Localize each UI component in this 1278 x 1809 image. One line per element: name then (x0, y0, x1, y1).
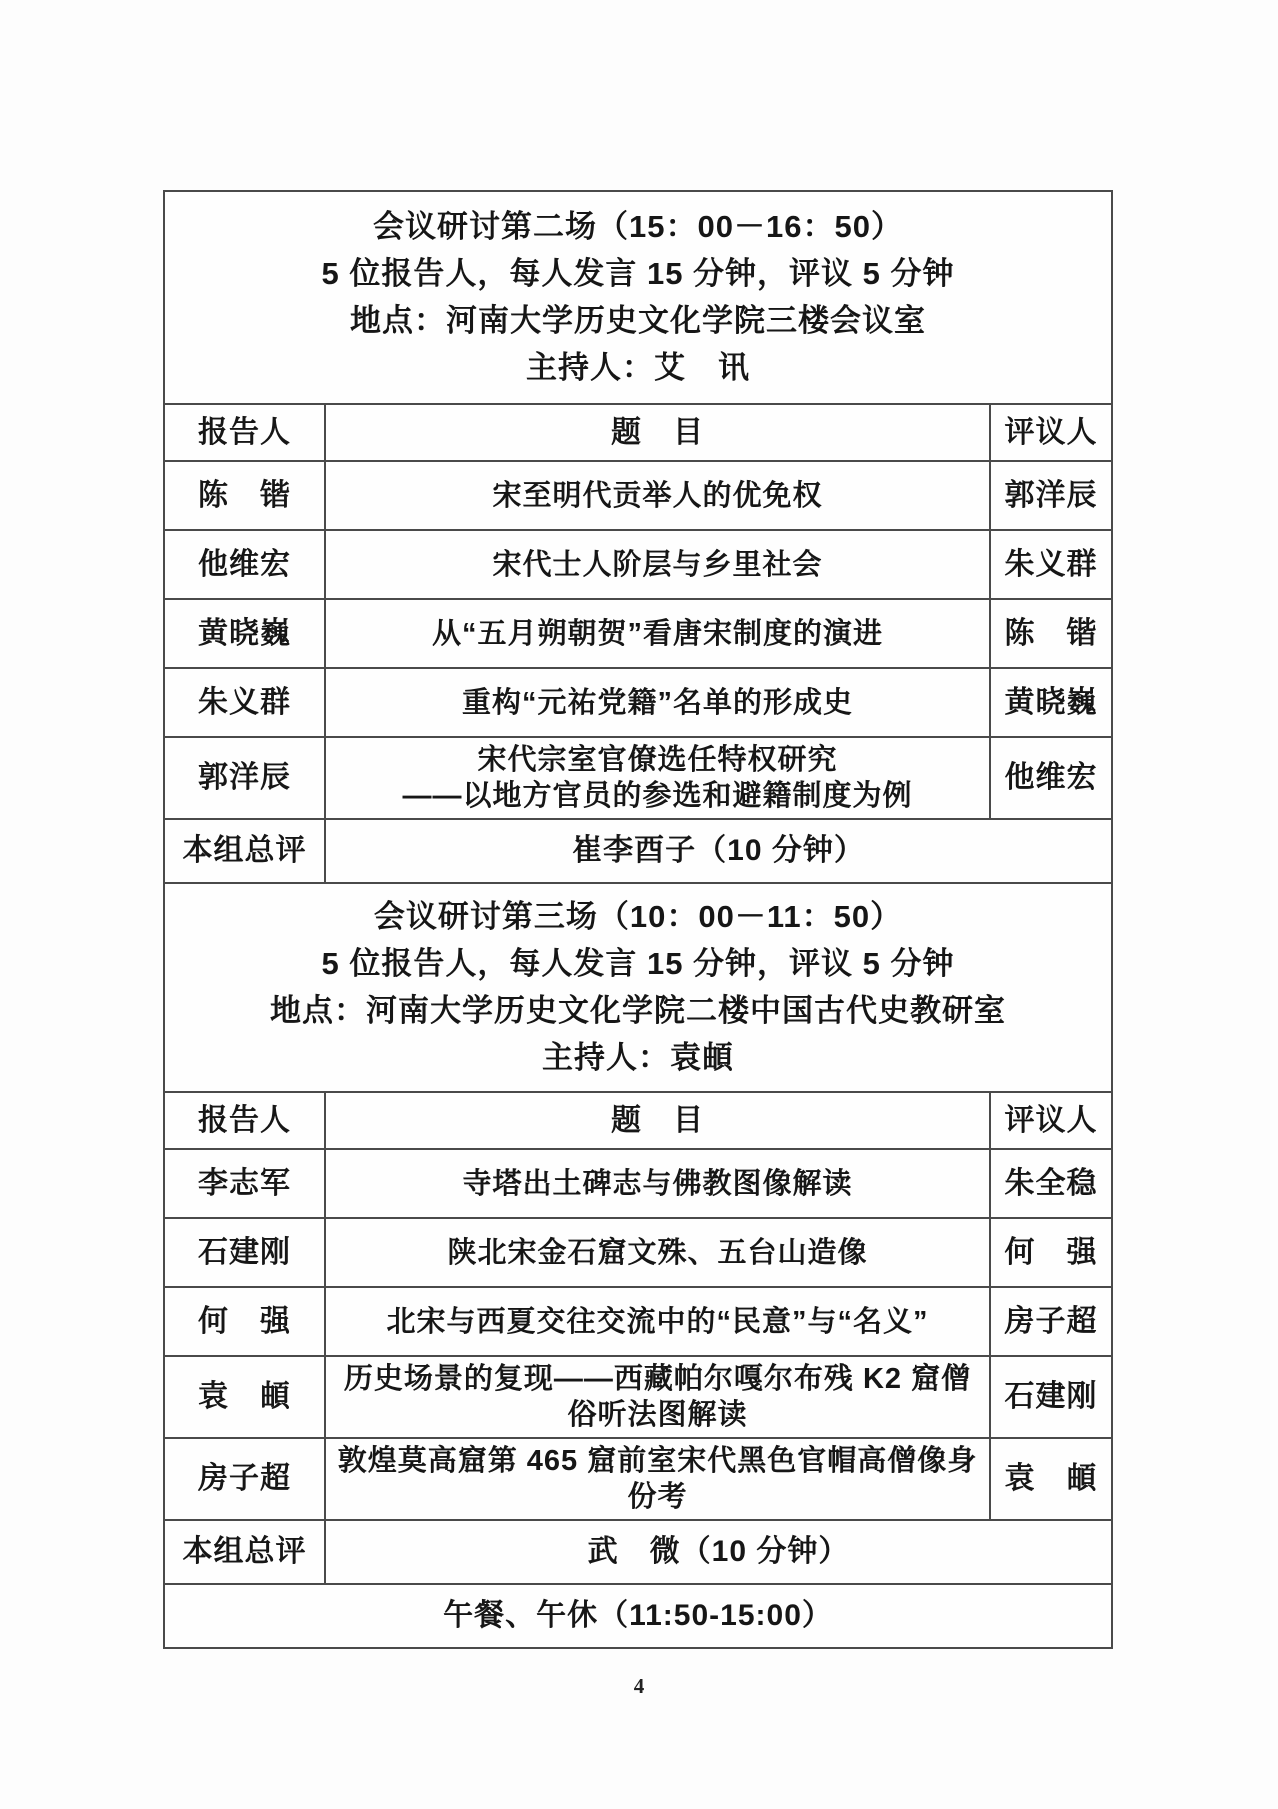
title-cell: 宋至明代贡举人的优免权 (324, 462, 989, 529)
title-cell: 宋代士人阶层与乡里社会 (324, 531, 989, 598)
discussant-cell: 袁 頔 (989, 1439, 1111, 1519)
session-2-header-block: 会议研讨第二场（15：00－16：50） 5 位报告人，每人发言 15 分钟，评… (165, 192, 1111, 403)
summary-row: 本组总评 崔李酉子（10 分钟） (165, 818, 1111, 882)
title-cell: 北宋与西夏交往交流中的“民意”与“名义” (324, 1288, 989, 1355)
title-cell: 陕北宋金石窟文殊、五台山造像 (324, 1219, 989, 1286)
session-3-heading: 会议研讨第三场（10：00－11：50） (165, 900, 1111, 934)
discussant-cell: 何 强 (989, 1219, 1111, 1286)
discussant-cell: 黄晓巍 (989, 669, 1111, 736)
table-row: 朱义群 重构“元祐党籍”名单的形成史 黄晓巍 (165, 667, 1111, 736)
column-header-presenter: 报告人 (165, 405, 324, 460)
table-row: 郭洋辰 宋代宗室官僚选任特权研究 ——以地方官员的参选和避籍制度为例 他维宏 (165, 736, 1111, 818)
presenter-cell: 黄晓巍 (165, 600, 324, 667)
lunch-break-cell: 午餐、午休（11:50-15:00） (165, 1585, 1111, 1647)
table-row: 袁 頔 历史场景的复现——西藏帕尔嘎尔布残 K2 窟僧 俗听法图解读 石建刚 (165, 1355, 1111, 1437)
summary-label-cell: 本组总评 (165, 820, 324, 882)
title-cell: 宋代宗室官僚选任特权研究 ——以地方官员的参选和避籍制度为例 (324, 738, 989, 818)
table-row: 石建刚 陕北宋金石窟文殊、五台山造像 何 强 (165, 1217, 1111, 1286)
summary-value-cell: 崔李酉子（10 分钟） (324, 820, 1111, 882)
session-3-host: 主持人：袁頔 (165, 1041, 1111, 1075)
session-2-location: 地点：河南大学历史文化学院三楼会议室 (165, 304, 1111, 338)
discussant-cell: 朱全稳 (989, 1150, 1111, 1217)
session-2-heading: 会议研讨第二场（15：00－16：50） (165, 210, 1111, 244)
title-cell: 重构“元祐党籍”名单的形成史 (324, 669, 989, 736)
title-cell: 敦煌莫高窟第 465 窟前室宋代黑色官帽高僧像身 份考 (324, 1439, 989, 1519)
presenter-cell: 何 强 (165, 1288, 324, 1355)
discussant-cell: 房子超 (989, 1288, 1111, 1355)
table-row: 房子超 敦煌莫高窟第 465 窟前室宋代黑色官帽高僧像身 份考 袁 頔 (165, 1437, 1111, 1519)
summary-label-cell: 本组总评 (165, 1521, 324, 1583)
discussant-cell: 石建刚 (989, 1357, 1111, 1437)
column-header-discussant: 评议人 (989, 1093, 1111, 1148)
presenter-cell: 他维宏 (165, 531, 324, 598)
table-header-row: 报告人 题 目 评议人 (165, 1091, 1111, 1148)
session-2-speakers-info: 5 位报告人，每人发言 15 分钟，评议 5 分钟 (165, 257, 1111, 291)
table-row: 他维宏 宋代士人阶层与乡里社会 朱义群 (165, 529, 1111, 598)
table-row: 何 强 北宋与西夏交往交流中的“民意”与“名义” 房子超 (165, 1286, 1111, 1355)
discussant-cell: 郭洋辰 (989, 462, 1111, 529)
page-number: 4 (0, 1674, 1278, 1699)
title-cell: 从“五月朔朝贺”看唐宋制度的演进 (324, 600, 989, 667)
session-3-header-block: 会议研讨第三场（10：00－11：50） 5 位报告人，每人发言 15 分钟，评… (165, 882, 1111, 1091)
conference-schedule-table: 会议研讨第二场（15：00－16：50） 5 位报告人，每人发言 15 分钟，评… (163, 190, 1113, 1649)
title-cell: 寺塔出土碑志与佛教图像解读 (324, 1150, 989, 1217)
presenter-cell: 郭洋辰 (165, 738, 324, 818)
column-header-title: 题 目 (324, 1093, 989, 1148)
session-2-host: 主持人：艾 讯 (165, 351, 1111, 385)
column-header-discussant: 评议人 (989, 405, 1111, 460)
document-page: 会议研讨第二场（15：00－16：50） 5 位报告人，每人发言 15 分钟，评… (0, 0, 1278, 1809)
table-row: 李志军 寺塔出土碑志与佛教图像解读 朱全稳 (165, 1148, 1111, 1217)
presenter-cell: 陈 锴 (165, 462, 324, 529)
presenter-cell: 房子超 (165, 1439, 324, 1519)
session-3-location: 地点：河南大学历史文化学院二楼中国古代史教研室 (165, 994, 1111, 1028)
table-row: 黄晓巍 从“五月朔朝贺”看唐宋制度的演进 陈 锴 (165, 598, 1111, 667)
session-3-speakers-info: 5 位报告人，每人发言 15 分钟，评议 5 分钟 (165, 947, 1111, 981)
summary-row: 本组总评 武 微（10 分钟） (165, 1519, 1111, 1583)
lunch-row: 午餐、午休（11:50-15:00） (165, 1583, 1111, 1647)
discussant-cell: 他维宏 (989, 738, 1111, 818)
title-cell: 历史场景的复现——西藏帕尔嘎尔布残 K2 窟僧 俗听法图解读 (324, 1357, 989, 1437)
presenter-cell: 袁 頔 (165, 1357, 324, 1437)
column-header-presenter: 报告人 (165, 1093, 324, 1148)
presenter-cell: 朱义群 (165, 669, 324, 736)
column-header-title: 题 目 (324, 405, 989, 460)
discussant-cell: 陈 锴 (989, 600, 1111, 667)
discussant-cell: 朱义群 (989, 531, 1111, 598)
table-header-row: 报告人 题 目 评议人 (165, 403, 1111, 460)
table-row: 陈 锴 宋至明代贡举人的优免权 郭洋辰 (165, 460, 1111, 529)
summary-value-cell: 武 微（10 分钟） (324, 1521, 1111, 1583)
presenter-cell: 李志军 (165, 1150, 324, 1217)
presenter-cell: 石建刚 (165, 1219, 324, 1286)
